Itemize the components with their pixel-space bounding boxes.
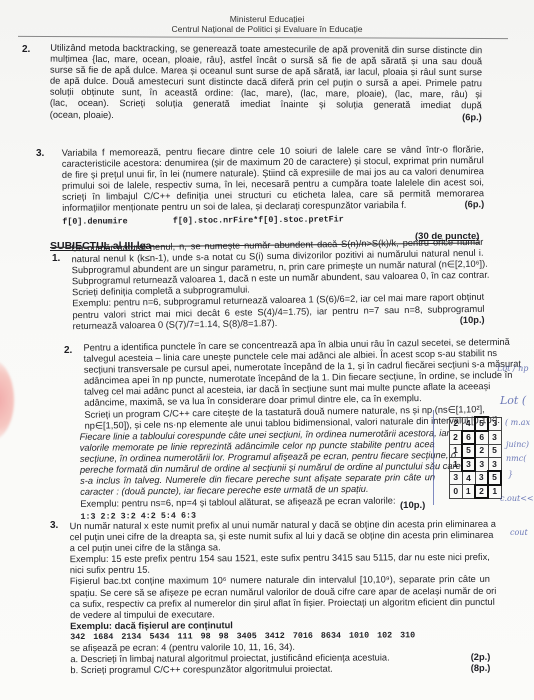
table-cell: 4	[462, 471, 475, 485]
table-cell: 2	[450, 431, 463, 445]
header-divider	[18, 36, 508, 39]
table-cell: 3	[450, 471, 463, 485]
handwritten-note: }	[508, 470, 513, 479]
q3-text: Variabila f memorează, pentru fiecare di…	[62, 144, 485, 227]
table-cell: 5	[462, 444, 475, 458]
s3q1-text: Un număr natural nenul, n, se numește nu…	[71, 237, 484, 332]
s3q3-part-b-text: b. Scrieți programul C/C++ corespunzător…	[70, 664, 333, 675]
q2-number: 2.	[22, 44, 30, 55]
table-cell: 5	[475, 417, 488, 431]
table-cell: 1	[462, 485, 475, 499]
exam-page: Ministerul Educației Centrul Național de…	[0, 0, 534, 700]
s3q2-text-cont: Fiecare linie a tabloului corespunde cât…	[80, 428, 436, 522]
table-row: 0121	[450, 485, 502, 499]
table-cell: 5	[488, 471, 501, 485]
handwritten-note: cout	[510, 528, 528, 537]
table-row: 1333	[450, 458, 502, 472]
table-row: 1525	[450, 444, 502, 458]
table-cell: 5	[488, 444, 501, 458]
s3q2-text: Pentru a identifica punctele în care se …	[83, 337, 482, 431]
handwritten-arrow	[433, 410, 434, 505]
table-cell: 3	[488, 458, 501, 472]
table-cell: 2	[450, 417, 463, 431]
q3-points: (6p.)	[465, 200, 485, 211]
table-cell: 3	[488, 417, 501, 431]
table-cell: 1	[450, 458, 463, 472]
handwritten-note: nmc(	[506, 454, 526, 463]
handwritten-note: c.out<<	[500, 494, 534, 503]
q3-code-line: f[0].denumire f[0].stoc.nrFire*f[0].stoc…	[62, 212, 484, 228]
table-row: 3435	[450, 471, 502, 485]
table-cell: 2	[475, 444, 488, 458]
table-cell: 6	[462, 431, 475, 445]
page-header: Ministerul Educației Centrul Național de…	[0, 14, 534, 34]
q2-points: (6p.)	[462, 112, 482, 123]
header-ministry: Ministerul Educației	[0, 14, 534, 24]
q3-code-denumire: f[0].denumire	[62, 216, 127, 227]
handwritten-note: Lot / np	[497, 364, 528, 373]
q3-number: 3.	[36, 148, 44, 159]
table-cell: 2	[475, 485, 488, 499]
s3q3-line: ca sufix, respectiv ca prefix al numerel…	[70, 597, 490, 610]
q2-line-text: (ocean, ploaie).	[50, 109, 114, 119]
handwritten-note: juinc)	[506, 440, 529, 449]
table-cell: 3	[488, 431, 501, 445]
table-row: 2453	[450, 417, 502, 431]
s3q1-points: (10p.)	[460, 314, 485, 325]
table-cell: 3	[475, 471, 488, 485]
handwritten-note: Lot (	[500, 394, 526, 407]
table-row: 2663	[450, 431, 502, 445]
q3-code-suma: f[0].stoc.nrFire*f[0].stoc.pretFir	[173, 214, 344, 225]
s3q1-line-text: returnează valoarea 0 (S(7)/7=1.14, S(8)…	[73, 318, 278, 331]
s3q3-part-a-text: a. Descrieți în limbaj natural algoritmu…	[70, 653, 389, 665]
q3-line-text: informațiilor menționate pentru un soi d…	[62, 200, 406, 213]
table-cell: 3	[475, 458, 488, 472]
table-cell: 4	[462, 417, 475, 431]
q2-text: Utilizând metoda backtracking, se genere…	[50, 43, 482, 123]
table-cell: 3	[462, 458, 475, 472]
table-cell: 0	[450, 485, 463, 499]
s3q3-part-b-points: (8p.)	[471, 663, 491, 674]
table-cell: 1	[450, 444, 463, 458]
s3q2-number: 2.	[64, 345, 72, 356]
s3q3-file-content: 342 1684 2134 5434 111 98 98 3405 3412 7…	[70, 630, 415, 643]
s3q3-text: Un număr natural x este numit prefix al …	[70, 519, 491, 677]
table-cell: 6	[475, 431, 488, 445]
finger-blur	[0, 360, 14, 440]
handwritten-note: ( m.ax	[505, 418, 530, 427]
s3q2-points: (10p.)	[400, 500, 425, 511]
s3q3-number: 3.	[50, 520, 58, 531]
depth-table: 245326631525133334350121	[449, 416, 502, 499]
s3q3-part-a-points: (2p.)	[471, 652, 491, 663]
s3q3-part-b: b. Scrieți programul C/C++ corespunzător…	[70, 663, 490, 676]
s3q1-number: 1.	[52, 253, 60, 264]
header-center: Centrul Național de Politici și Evaluare…	[0, 24, 534, 34]
